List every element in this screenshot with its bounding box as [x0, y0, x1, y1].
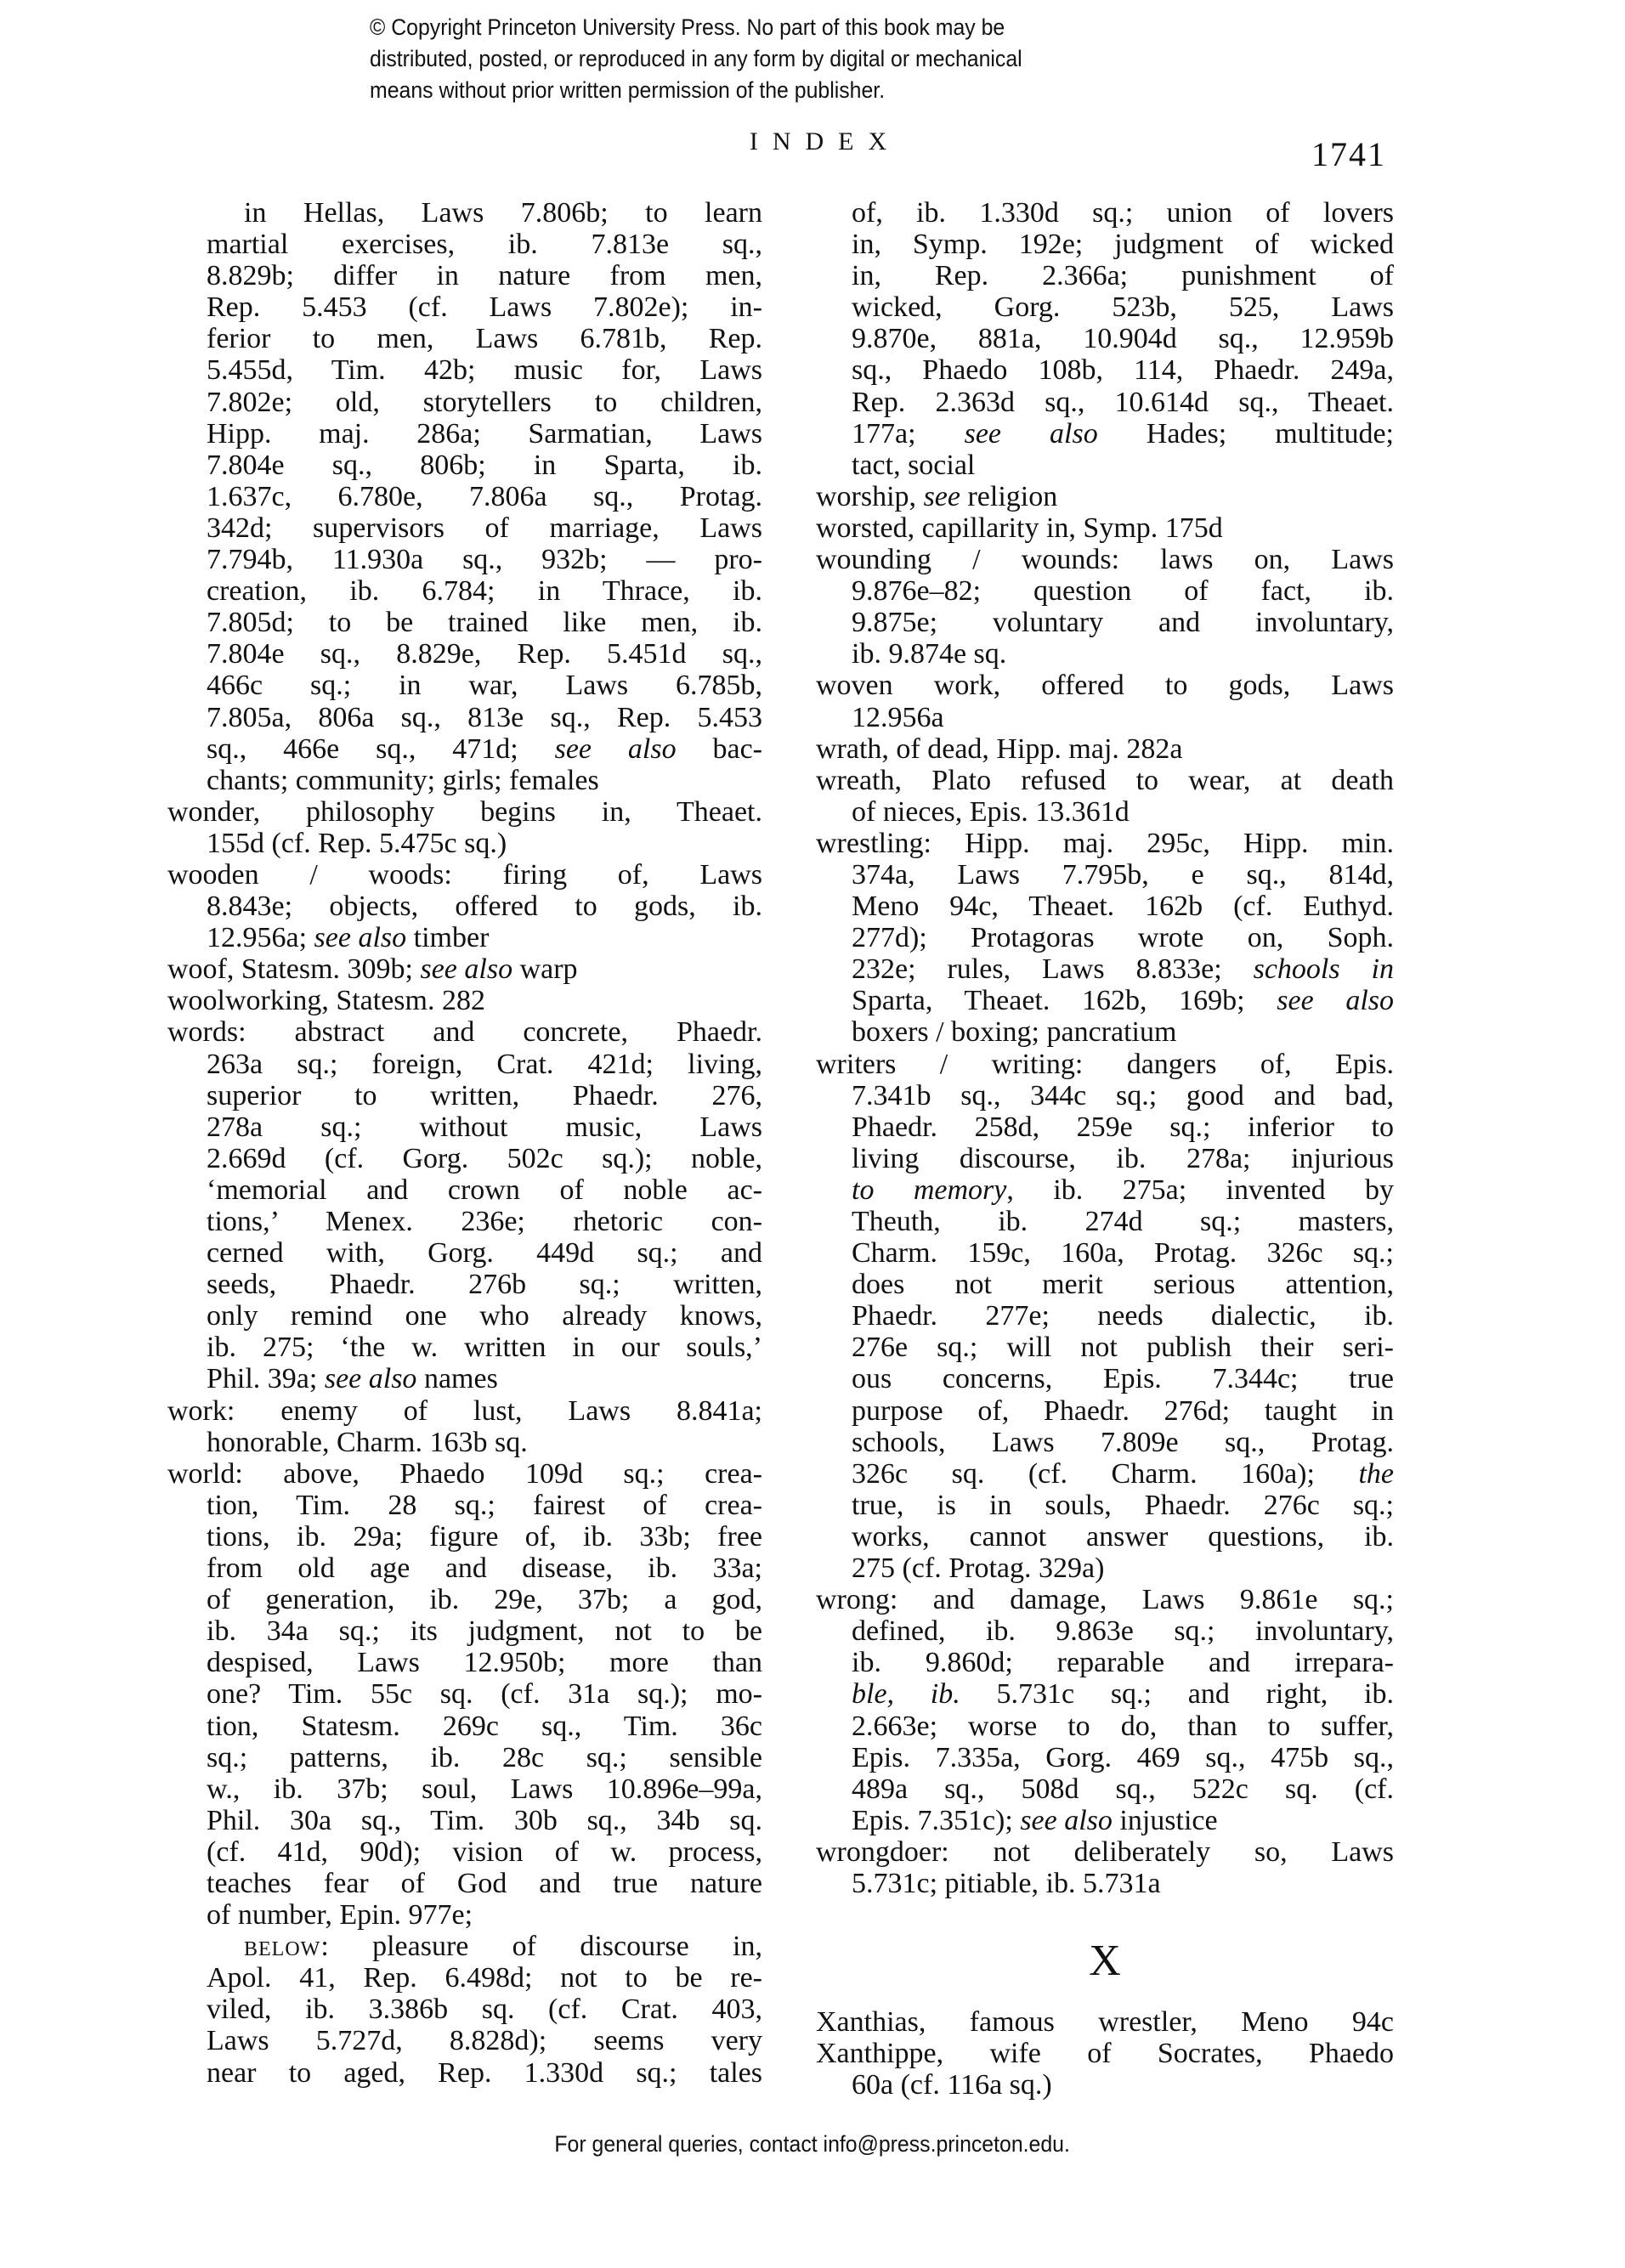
- index-continuation-line: tion, Statesm. 269c sq., Tim. 36c: [167, 1711, 762, 1742]
- text-segment: creation, ib. 6.784; in Thrace, ib.: [207, 575, 762, 607]
- index-continuation-line: boxers / boxing; pancratium: [816, 1016, 1394, 1048]
- text-segment: 60a (cf. 116a sq.): [852, 2069, 1052, 2101]
- text-segment: ous concerns, Epis. 7.344c; true: [852, 1363, 1394, 1394]
- index-continuation-line: superior to written, Phaedr. 276,: [167, 1080, 762, 1111]
- index-continuation-line: chants; community; girls; females: [167, 765, 762, 796]
- text-segment: chants; community; girls; females: [207, 765, 599, 796]
- index-continuation-line: sq.; patterns, ib. 28c sq.; sensible: [167, 1742, 762, 1773]
- index-continuation-line: tact, social: [816, 450, 1394, 481]
- text-segment: 5.731c sq.; and right, ib.: [960, 1678, 1394, 1710]
- text-segment: writers / writing: dangers of, Epis.: [816, 1049, 1394, 1080]
- text-segment: viled, ib. 3.386b sq. (cf. Crat. 403,: [207, 1994, 762, 2025]
- text-segment: Xanthias, famous wrestler, Meno 94c: [816, 2006, 1394, 2038]
- index-continuation-line: 155d (cf. Rep. 5.475c sq.): [167, 828, 762, 859]
- index-continuation-line: 7.805a, 806a sq., 813e sq., Rep. 5.453: [167, 702, 762, 733]
- text-segment: tion, Tim. 28 sq.; fairest of crea-: [207, 1490, 762, 1521]
- text-segment: Xanthippe, wife of Socrates, Phaedo: [816, 2038, 1394, 2069]
- index-continuation-line: to memory, ib. 275a; invented by: [816, 1174, 1394, 1206]
- index-continuation-line: 5.455d, Tim. 42b; music for, Laws: [167, 354, 762, 386]
- text-segment: 177a;: [852, 418, 965, 450]
- index-headword-line: words: abstract and concrete, Phaedr.: [167, 1016, 762, 1048]
- text-segment: martial: [207, 229, 342, 260]
- index-continuation-line: sq., 466e sq., 471d; see also bac-: [167, 733, 762, 765]
- text-segment: 7.804e sq., 806b; in Sparta, ib.: [207, 450, 762, 481]
- text-segment: 374a, Laws 7.795b, e sq., 814d,: [852, 859, 1394, 891]
- index-continuation-line: Phil. 30a sq., Tim. 30b sq., 34b sq.: [167, 1805, 762, 1836]
- text-segment: in Hellas, Laws 7.806b; to learn: [244, 197, 762, 229]
- text-segment: ib. 34a sq.; its judgment, not to be: [207, 1615, 762, 1647]
- index-headword-line: world: above, Phaedo 109d sq.; crea-: [167, 1458, 762, 1490]
- index-continuation-line: from old age and disease, ib. 33a;: [167, 1553, 762, 1584]
- text-segment: of, ib. 1.330d sq.; union of lovers: [852, 197, 1394, 229]
- text-segment: sq., 466e sq., 471d;: [207, 733, 555, 765]
- text-segment: see also: [325, 1363, 417, 1394]
- index-continuation-line: 9.875e; voluntary and involuntary,: [816, 607, 1394, 638]
- text-segment: boxers / boxing; pancratium: [852, 1016, 1176, 1048]
- text-segment: bac-: [677, 733, 762, 765]
- text-segment: wicked, Gorg. 523b, 525, Laws: [852, 291, 1394, 323]
- index-entries-w: of, ib. 1.330d sq.; union of loversin, S…: [816, 197, 1394, 1899]
- text-segment: 8.843e; objects, offered to gods, ib.: [207, 891, 762, 922]
- text-segment: near to aged, Rep. 1.330d sq.; tales: [207, 2057, 762, 2089]
- index-continuation-line: 466c sq.; in war, Laws 6.785b,: [167, 670, 762, 701]
- index-continuation-line: ib. 275; ‘the w. written in our souls,’: [167, 1332, 762, 1363]
- index-continuation-line: honorable, Charm. 163b sq.: [167, 1427, 762, 1458]
- index-continuation-line: of number, Epin. 977e;: [167, 1899, 762, 1931]
- text-segment: defined, ib. 9.863e sq.; involuntary,: [852, 1615, 1394, 1647]
- index-headword-line: wrongdoer: not deliberately so, Laws: [816, 1836, 1394, 1868]
- index-column-right: of, ib. 1.330d sq.; union of loversin, S…: [816, 197, 1394, 2101]
- text-segment: Laws 5.727d, 8.828d); seems very: [207, 2025, 762, 2056]
- index-continuation-line: ib. 9.860d; reparable and irrepara-: [816, 1647, 1394, 1678]
- text-segment: 12.956a: [852, 702, 944, 733]
- text-segment: ‘memorial and crown of noble ac-: [207, 1174, 762, 1206]
- index-continuation-line: 263a sq.; foreign, Crat. 421d; living,: [167, 1049, 762, 1080]
- copyright-notice: © Copyright Princeton University Press. …: [370, 12, 1152, 106]
- text-segment: tions,’ Menex. 236e; rhetoric con-: [207, 1206, 762, 1237]
- index-continuation-line: Meno 94c, Theaet. 162b (cf. Euthyd.: [816, 891, 1394, 922]
- text-segment: 275 (cf. Protag. 329a): [852, 1553, 1104, 1584]
- text-segment: woolworking, Statesm. 282: [167, 985, 485, 1016]
- index-continuation-line: below: pleasure of discourse in,: [167, 1931, 762, 1962]
- text-segment: ib. 9.860d; reparable and irrepara-: [852, 1647, 1394, 1678]
- text-segment: honorable, Charm. 163b sq.: [207, 1427, 528, 1458]
- index-continuation-line: 276e sq.; will not publish their seri-: [816, 1332, 1394, 1363]
- text-segment: 7.805a, 806a sq., 813e sq., Rep. 5.453: [207, 702, 762, 733]
- text-segment: the: [1358, 1458, 1394, 1490]
- text-segment: from old age and disease, ib. 33a;: [207, 1553, 762, 1584]
- text-segment: Hades; multitude;: [1098, 418, 1394, 450]
- text-segment: schools, Laws 7.809e sq., Protag.: [852, 1427, 1394, 1458]
- text-segment: Epis. 7.335a, Gorg. 469 sq., 475b sq.,: [852, 1742, 1394, 1773]
- text-segment: , ib. 275a; invented by: [1006, 1174, 1394, 1206]
- text-segment: to memory: [852, 1174, 1006, 1206]
- index-continuation-line: martial exercises, ib. 7.813e sq.,: [167, 229, 762, 260]
- text-segment: tions, ib. 29a; figure of, ib. 33b; free: [207, 1521, 762, 1553]
- index-continuation-line: 5.731c; pitiable, ib. 5.731a: [816, 1868, 1394, 1899]
- text-segment: 342d; supervisors of marriage, Laws: [207, 512, 762, 544]
- text-segment: teaches fear of God and true nature: [207, 1868, 762, 1899]
- index-headword-line: wrath, of dead, Hipp. maj. 282a: [816, 733, 1394, 765]
- text-segment: true, is in souls, Phaedr. 276c sq.;: [852, 1490, 1394, 1521]
- text-segment: worship,: [816, 481, 924, 512]
- text-segment: world: above, Phaedo 109d sq.; crea-: [167, 1458, 762, 1490]
- text-segment: Theuth, ib. 274d sq.; masters,: [852, 1206, 1394, 1237]
- index-continuation-line: wicked, Gorg. 523b, 525, Laws: [816, 291, 1394, 323]
- text-segment: 7.341b sq., 344c sq.; good and bad,: [852, 1080, 1394, 1111]
- index-continuation-line: creation, ib. 6.784; in Thrace, ib.: [167, 575, 762, 607]
- index-headword-line: wonder, philosophy begins in, Theaet.: [167, 796, 762, 828]
- index-continuation-line: 9.870e, 881a, 10.904d sq., 12.959b: [816, 323, 1394, 354]
- text-segment: 5.731c; pitiable, ib. 5.731a: [852, 1868, 1161, 1899]
- section-letter-heading: X: [816, 1923, 1394, 1999]
- index-continuation-line: in, Symp. 192e; judgment of wicked: [816, 229, 1394, 260]
- copyright-line: distributed, posted, or reproduced in an…: [370, 43, 1152, 75]
- text-segment: 466c sq.; in war, Laws 6.785b,: [207, 670, 762, 701]
- copyright-line: © Copyright Princeton University Press. …: [370, 12, 1152, 43]
- text-segment: tion, Statesm. 269c sq., Tim. 36c: [207, 1711, 762, 1742]
- text-segment: see also: [965, 418, 1098, 450]
- text-segment: one? Tim. 55c sq. (cf. 31a sq.); mo-: [207, 1678, 762, 1710]
- index-continuation-line: in Hellas, Laws 7.806b; to learn: [167, 197, 762, 229]
- text-segment: of generation, ib. 29e, 37b; a god,: [207, 1584, 762, 1615]
- text-segment: words: abstract and concrete, Phaedr.: [167, 1016, 762, 1048]
- index-continuation-line: 2.663e; worse to do, than to suffer,: [816, 1711, 1394, 1742]
- text-segment: tact, social: [852, 450, 975, 481]
- text-segment: 9.876e–82; question of fact, ib.: [852, 575, 1394, 607]
- text-segment: wrong: and damage, Laws 9.861e sq.;: [816, 1584, 1394, 1615]
- text-segment: wrongdoer: not deliberately so, Laws: [816, 1836, 1394, 1868]
- text-segment: 8.829b; differ in nature from men,: [207, 260, 762, 291]
- text-segment: below: [244, 1931, 320, 1962]
- text-segment: see also: [1020, 1805, 1113, 1836]
- text-segment: wrath, of dead, Hipp. maj. 282a: [816, 733, 1183, 765]
- index-continuation-line: near to aged, Rep. 1.330d sq.; tales: [167, 2057, 762, 2089]
- text-segment: timber: [406, 922, 489, 953]
- index-headword-line: worship, see religion: [816, 481, 1394, 512]
- index-continuation-line: works, cannot answer questions, ib.: [816, 1521, 1394, 1553]
- text-segment: schools in: [1254, 953, 1394, 985]
- text-segment: wooden / woods: firing of, Laws: [167, 859, 762, 891]
- text-segment: see: [924, 481, 960, 512]
- index-continuation-line: cerned with, Gorg. 449d sq.; and: [167, 1237, 762, 1269]
- index-continuation-line: Epis. 7.335a, Gorg. 469 sq., 475b sq.,: [816, 1742, 1394, 1773]
- text-segment: ib. 275; ‘the w. written in our souls,’: [207, 1332, 762, 1363]
- index-headword-line: woolworking, Statesm. 282: [167, 985, 762, 1016]
- text-segment: worsted, capillarity in, Symp. 175d: [816, 512, 1223, 544]
- index-continuation-line: 489a sq., 508d sq., 522c sq. (cf.: [816, 1773, 1394, 1805]
- index-continuation-line: Theuth, ib. 274d sq.; masters,: [816, 1206, 1394, 1237]
- text-segment: sq., Phaedo 108b, 114, Phaedr. 249a,: [852, 354, 1394, 386]
- index-continuation-line: of nieces, Epis. 13.361d: [816, 796, 1394, 828]
- text-segment: 7.804e sq., 8.829e, Rep. 5.451d sq.,: [207, 638, 762, 670]
- text-segment: works, cannot answer questions, ib.: [852, 1521, 1394, 1553]
- copyright-line: means without prior written permission o…: [370, 75, 1152, 106]
- text-segment: in, Rep. 2.366a; punishment of: [852, 260, 1394, 291]
- index-continuation-line: of generation, ib. 29e, 37b; a god,: [167, 1584, 762, 1615]
- index-headword-line: wrestling: Hipp. maj. 295c, Hipp. min.: [816, 828, 1394, 859]
- index-continuation-line: seeds, Phaedr. 276b sq.; written,: [167, 1269, 762, 1300]
- text-segment: 9.875e; voluntary and involuntary,: [852, 607, 1394, 638]
- text-segment: Rep. 2.363d sq., 10.614d sq., Theaet.: [852, 387, 1394, 418]
- index-headword-line: wooden / woods: firing of, Laws: [167, 859, 762, 891]
- text-segment: of nieces, Epis. 13.361d: [852, 796, 1130, 828]
- text-segment: 2.663e; worse to do, than to suffer,: [852, 1711, 1394, 1742]
- index-continuation-line: Charm. 159c, 160a, Protag. 326c sq.;: [816, 1237, 1394, 1269]
- text-segment: Charm. 159c, 160a, Protag. 326c sq.;: [852, 1237, 1394, 1269]
- text-segment: 277d); Protagoras wrote on, Soph.: [852, 922, 1394, 953]
- text-segment: woof, Statesm. 309b;: [167, 953, 420, 985]
- index-headword-line: wounding / wounds: laws on, Laws: [816, 544, 1394, 575]
- index-continuation-line: 275 (cf. Protag. 329a): [816, 1553, 1394, 1584]
- index-continuation-line: viled, ib. 3.386b sq. (cf. Crat. 403,: [167, 1994, 762, 2025]
- index-continuation-line: 7.804e sq., 806b; in Sparta, ib.: [167, 450, 762, 481]
- index-continuation-line: Rep. 5.453 (cf. Laws 7.802e); in-: [167, 291, 762, 323]
- index-continuation-line: 326c sq. (cf. Charm. 160a); the: [816, 1458, 1394, 1490]
- index-continuation-line: w., ib. 37b; soul, Laws 10.896e–99a,: [167, 1773, 762, 1805]
- index-continuation-line: Epis. 7.351c); see also injustice: [816, 1805, 1394, 1836]
- text-segment: Apol. 41, Rep. 6.498d; not to be re-: [207, 1962, 762, 1994]
- text-segment: seeds, Phaedr. 276b sq.; written,: [207, 1269, 762, 1300]
- text-segment: wreath, Plato refused to wear, at death: [816, 765, 1394, 796]
- index-continuation-line: Rep. 2.363d sq., 10.614d sq., Theaet.: [816, 387, 1394, 418]
- text-segment: 263a sq.; foreign, Crat. 421d; living,: [207, 1049, 762, 1080]
- text-segment: 232e; rules, Laws 8.833e;: [852, 953, 1254, 985]
- text-segment: (cf. 41d, 90d); vision of w. process,: [207, 1836, 762, 1868]
- index-headword-line: woof, Statesm. 309b; see also warp: [167, 953, 762, 985]
- index-continuation-line: Laws 5.727d, 8.828d); seems very: [167, 2025, 762, 2056]
- text-segment: ferior to men, Laws 6.781b, Rep.: [207, 323, 762, 354]
- index-headword-line: woven work, offered to gods, Laws: [816, 670, 1394, 701]
- text-segment: ib. 9.874e sq.: [852, 638, 1006, 670]
- text-segment: Hipp. maj. 286a; Sarmatian, Laws: [207, 418, 762, 450]
- text-segment: superior to written, Phaedr. 276,: [207, 1080, 762, 1111]
- index-column-left: in Hellas, Laws 7.806b; to learnmartial …: [167, 197, 762, 2089]
- index-continuation-line: 177a; see also Hades; multitude;: [816, 418, 1394, 450]
- index-continuation-line: tions, ib. 29a; figure of, ib. 33b; free: [167, 1521, 762, 1553]
- index-continuation-line: ous concerns, Epis. 7.344c; true: [816, 1363, 1394, 1394]
- index-continuation-line: sq., Phaedo 108b, 114, Phaedr. 249a,: [816, 354, 1394, 386]
- text-segment: exercises, ib.: [342, 229, 538, 260]
- index-continuation-line: despised, Laws 12.950b; more than: [167, 1647, 762, 1678]
- text-segment: 7.805d; to be trained like men, ib.: [207, 607, 762, 638]
- index-continuation-line: 2.669d (cf. Gorg. 502c sq.); noble,: [167, 1143, 762, 1174]
- text-segment: 12.956a;: [207, 922, 314, 953]
- index-continuation-line: ble, ib. 5.731c sq.; and right, ib.: [816, 1678, 1394, 1710]
- text-segment: warp: [512, 953, 577, 985]
- index-continuation-line: purpose of, Phaedr. 276d; taught in: [816, 1395, 1394, 1427]
- index-continuation-line: one? Tim. 55c sq. (cf. 31a sq.); mo-: [167, 1678, 762, 1710]
- text-segment: see also: [314, 922, 407, 953]
- index-headword-line: Xanthippe, wife of Socrates, Phaedo: [816, 2038, 1394, 2069]
- index-headword-line: wrong: and damage, Laws 9.861e sq.;: [816, 1584, 1394, 1615]
- index-entries-x: Xanthias, famous wrestler, Meno 94cXanth…: [816, 2006, 1394, 2101]
- text-segment: 1.637c, 6.780e, 7.806a sq., Protag.: [207, 481, 762, 512]
- text-segment: 5.455d, Tim. 42b; music for, Laws: [207, 354, 762, 386]
- text-segment: in, Symp. 192e; judgment of wicked: [852, 229, 1394, 260]
- text-segment: Phil. 39a;: [207, 1363, 325, 1394]
- text-segment: : pleasure of discourse in,: [320, 1931, 762, 1962]
- text-segment: Epis. 7.351c);: [852, 1805, 1020, 1836]
- text-segment: Phaedr. 277e; needs dialectic, ib.: [852, 1300, 1394, 1332]
- index-continuation-line: ‘memorial and crown of noble ac-: [167, 1174, 762, 1206]
- index-continuation-line: ib. 9.874e sq.: [816, 638, 1394, 670]
- text-segment: 2.669d (cf. Gorg. 502c sq.); noble,: [207, 1143, 762, 1174]
- index-continuation-line: living discourse, ib. 278a; injurious: [816, 1143, 1394, 1174]
- text-segment: wrestling: Hipp. maj. 295c, Hipp. min.: [816, 828, 1394, 859]
- index-continuation-line: true, is in souls, Phaedr. 276c sq.;: [816, 1490, 1394, 1521]
- text-segment: 489a sq., 508d sq., 522c sq. (cf.: [852, 1773, 1394, 1805]
- index-continuation-line: Phil. 39a; see also names: [167, 1363, 762, 1394]
- text-segment: wonder, philosophy begins in, Theaet.: [167, 796, 762, 828]
- text-segment: despised, Laws 12.950b; more than: [207, 1647, 762, 1678]
- text-segment: see also: [420, 953, 512, 985]
- text-segment: of number, Epin. 977e;: [207, 1899, 473, 1931]
- text-segment: ble, ib.: [852, 1678, 960, 1710]
- index-continuation-line: 232e; rules, Laws 8.833e; schools in: [816, 953, 1394, 985]
- index-continuation-line: 7.341b sq., 344c sq.; good and bad,: [816, 1080, 1394, 1111]
- text-segment: living discourse, ib. 278a; injurious: [852, 1143, 1394, 1174]
- text-segment: 7.794b, 11.930a sq., 932b; — pro-: [207, 544, 762, 575]
- text-segment: Phaedr. 258d, 259e sq.; inferior to: [852, 1111, 1394, 1143]
- index-continuation-line: of, ib. 1.330d sq.; union of lovers: [816, 197, 1394, 229]
- text-segment: Rep. 5.453 (cf. Laws 7.802e); in-: [207, 291, 762, 323]
- index-continuation-line: does not merit serious attention,: [816, 1269, 1394, 1300]
- footer-contact: For general queries, contact info@press.…: [0, 2131, 1625, 2158]
- text-segment: woven work, offered to gods, Laws: [816, 670, 1394, 701]
- text-segment: cerned with, Gorg. 449d sq.; and: [207, 1237, 762, 1269]
- text-segment: religion: [960, 481, 1057, 512]
- index-continuation-line: schools, Laws 7.809e sq., Protag.: [816, 1427, 1394, 1458]
- index-continuation-line: 7.804e sq., 8.829e, Rep. 5.451d sq.,: [167, 638, 762, 670]
- text-segment: purpose of, Phaedr. 276d; taught in: [852, 1395, 1394, 1427]
- index-continuation-line: 7.805d; to be trained like men, ib.: [167, 607, 762, 638]
- index-continuation-line: teaches fear of God and true nature: [167, 1868, 762, 1899]
- index-headword-line: work: enemy of lust, Laws 8.841a;: [167, 1395, 762, 1427]
- index-continuation-line: 12.956a; see also timber: [167, 922, 762, 953]
- index-continuation-line: 12.956a: [816, 702, 1394, 733]
- index-continuation-line: defined, ib. 9.863e sq.; involuntary,: [816, 1615, 1394, 1647]
- index-continuation-line: 7.794b, 11.930a sq., 932b; — pro-: [167, 544, 762, 575]
- index-continuation-line: 8.829b; differ in nature from men,: [167, 260, 762, 291]
- index-continuation-line: 9.876e–82; question of fact, ib.: [816, 575, 1394, 607]
- index-continuation-line: 1.637c, 6.780e, 7.806a sq., Protag.: [167, 481, 762, 512]
- text-segment: 326c sq. (cf. Charm. 160a);: [852, 1458, 1358, 1490]
- text-segment: does not merit serious attention,: [852, 1269, 1394, 1300]
- text-segment: injustice: [1113, 1805, 1218, 1836]
- text-segment: 7.813e sq.,: [538, 229, 762, 260]
- index-headword-line: worsted, capillarity in, Symp. 175d: [816, 512, 1394, 544]
- index-continuation-line: 7.802e; old, storytellers to children,: [167, 387, 762, 418]
- index-headword-line: Xanthias, famous wrestler, Meno 94c: [816, 2006, 1394, 2038]
- index-continuation-line: in, Rep. 2.366a; punishment of: [816, 260, 1394, 291]
- text-segment: 276e sq.; will not publish their seri-: [852, 1332, 1394, 1363]
- text-segment: 7.802e; old, storytellers to children,: [207, 387, 762, 418]
- index-headword-line: writers / writing: dangers of, Epis.: [816, 1049, 1394, 1080]
- text-segment: w., ib. 37b; soul, Laws 10.896e–99a,: [207, 1773, 762, 1805]
- index-continuation-line: Phaedr. 258d, 259e sq.; inferior to: [816, 1111, 1394, 1143]
- index-continuation-line: 8.843e; objects, offered to gods, ib.: [167, 891, 762, 922]
- index-continuation-line: 374a, Laws 7.795b, e sq., 814d,: [816, 859, 1394, 891]
- index-continuation-line: ib. 34a sq.; its judgment, not to be: [167, 1615, 762, 1647]
- index-continuation-line: 278a sq.; without music, Laws: [167, 1111, 762, 1143]
- index-continuation-line: Hipp. maj. 286a; Sarmatian, Laws: [167, 418, 762, 450]
- text-segment: Sparta, Theaet. 162b, 169b;: [852, 985, 1277, 1016]
- index-continuation-line: ferior to men, Laws 6.781b, Rep.: [167, 323, 762, 354]
- text-segment: Meno 94c, Theaet. 162b (cf. Euthyd.: [852, 891, 1394, 922]
- text-segment: Phil. 30a sq., Tim. 30b sq., 34b sq.: [207, 1805, 762, 1836]
- text-segment: wounding / wounds: laws on, Laws: [816, 544, 1394, 575]
- index-continuation-line: only remind one who already knows,: [167, 1300, 762, 1332]
- index-continuation-line: 342d; supervisors of marriage, Laws: [167, 512, 762, 544]
- index-continuation-line: tions,’ Menex. 236e; rhetoric con-: [167, 1206, 762, 1237]
- text-segment: sq.; patterns, ib. 28c sq.; sensible: [207, 1742, 762, 1773]
- index-continuation-line: Sparta, Theaet. 162b, 169b; see also: [816, 985, 1394, 1016]
- text-segment: 278a sq.; without music, Laws: [207, 1111, 762, 1143]
- text-segment: only remind one who already knows,: [207, 1300, 762, 1332]
- text-segment: 9.870e, 881a, 10.904d sq., 12.959b: [852, 323, 1394, 354]
- text-segment: see also: [1277, 985, 1394, 1016]
- index-continuation-line: 60a (cf. 116a sq.): [816, 2069, 1394, 2101]
- index-continuation-line: Apol. 41, Rep. 6.498d; not to be re-: [167, 1962, 762, 1994]
- text-segment: names: [416, 1363, 497, 1394]
- text-segment: 155d (cf. Rep. 5.475c sq.): [207, 828, 507, 859]
- index-continuation-line: 277d); Protagoras wrote on, Soph.: [816, 922, 1394, 953]
- index-continuation-line: (cf. 41d, 90d); vision of w. process,: [167, 1836, 762, 1868]
- index-headword-line: wreath, Plato refused to wear, at death: [816, 765, 1394, 796]
- page-number: 1741: [1311, 134, 1386, 174]
- index-continuation-line: tion, Tim. 28 sq.; fairest of crea-: [167, 1490, 762, 1521]
- text-segment: work: enemy of lust, Laws 8.841a;: [167, 1395, 762, 1427]
- text-segment: see also: [555, 733, 677, 765]
- footer-text: For general queries, contact info@press.…: [555, 2131, 1071, 2158]
- index-continuation-line: Phaedr. 277e; needs dialectic, ib.: [816, 1300, 1394, 1332]
